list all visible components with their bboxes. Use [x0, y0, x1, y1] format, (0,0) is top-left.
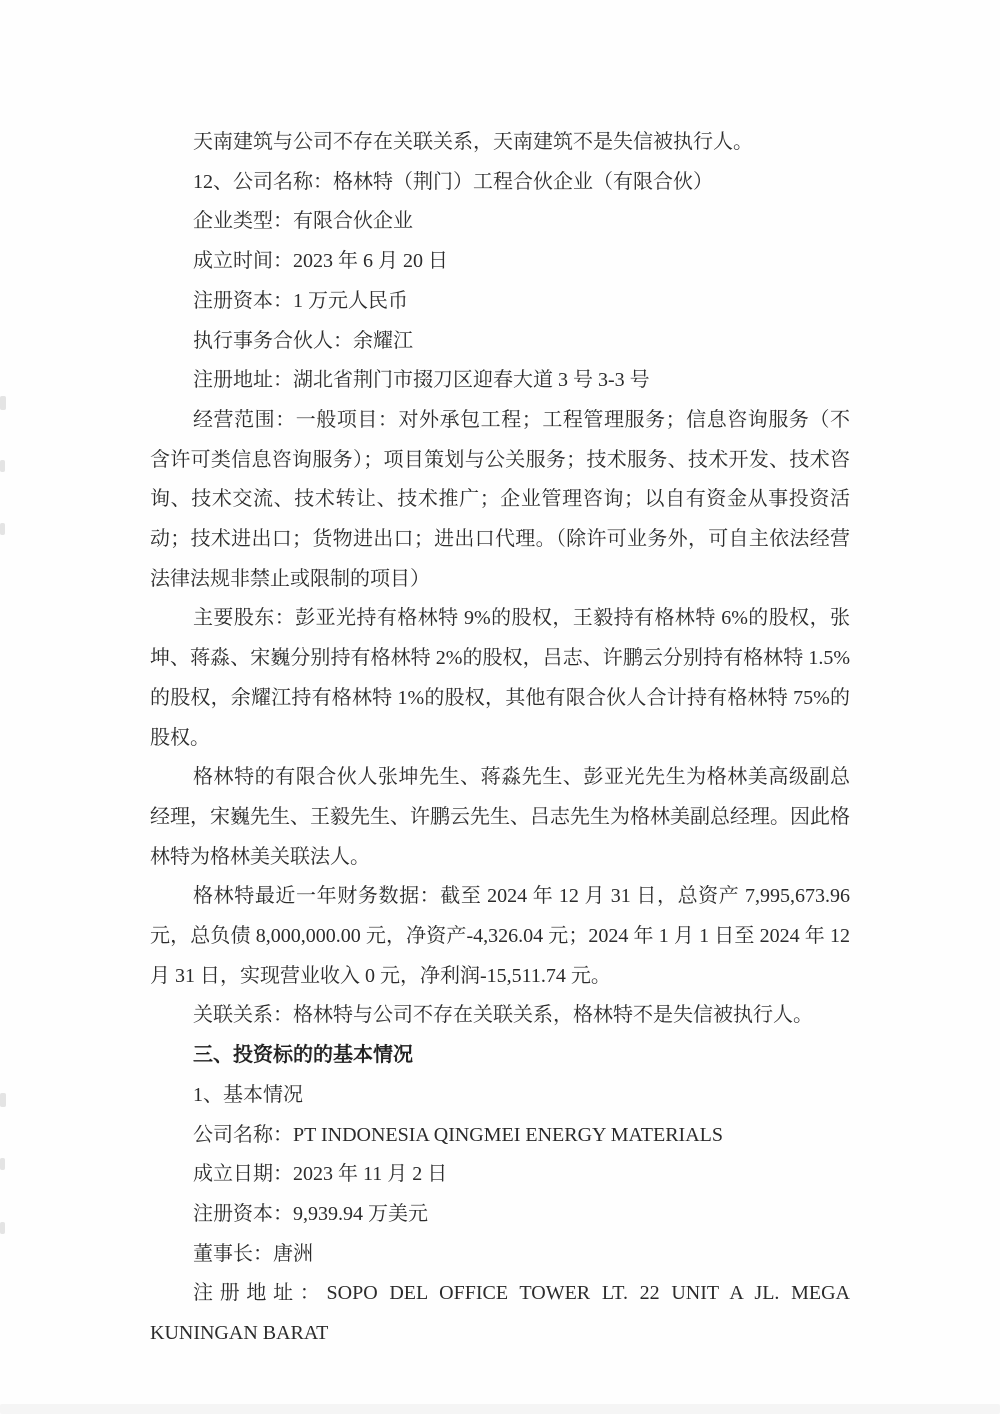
- para-managing-partner: 执行事务合伙人：余耀江: [150, 322, 850, 362]
- para-target-registered-address: 注册地址：SOPO DEL OFFICE TOWER LT. 22 UNIT A…: [150, 1274, 850, 1353]
- document-page: 天南建筑与公司不存在关联关系，天南建筑不是失信被执行人。 12、公司名称：格林特…: [0, 0, 1000, 1414]
- scan-artifact: [0, 1158, 5, 1170]
- para-target-establish-date: 成立日期：2023 年 11 月 2 日: [150, 1155, 850, 1195]
- scan-artifact: [0, 1222, 5, 1234]
- para-basic-info-label: 1、基本情况: [150, 1076, 850, 1116]
- para-target-company-name: 公司名称：PT INDONESIA QINGMEI ENERGY MATERIA…: [150, 1116, 850, 1156]
- scan-artifact: [0, 460, 5, 472]
- para-company-name: 12、公司名称：格林特（荆门）工程合伙企业（有限合伙）: [150, 163, 850, 203]
- section-heading-investment-target: 三、投资标的的基本情况: [150, 1036, 850, 1076]
- scan-artifact: [0, 396, 6, 410]
- scan-artifact: [0, 1093, 6, 1107]
- scan-artifact: [0, 523, 5, 535]
- para-target-registered-capital: 注册资本：9,939.94 万美元: [150, 1195, 850, 1235]
- para-enterprise-type: 企业类型：有限合伙企业: [150, 202, 850, 242]
- para-financial-data: 格林特最近一年财务数据：截至 2024 年 12 月 31 日，总资产 7,99…: [150, 877, 850, 996]
- para-partner-positions: 格林特的有限合伙人张坤先生、蒋淼先生、彭亚光先生为格林美高级副总经理，宋巍先生、…: [150, 758, 850, 877]
- scan-artifact: [0, 1404, 1000, 1414]
- document-body: 天南建筑与公司不存在关联关系，天南建筑不是失信被执行人。 12、公司名称：格林特…: [150, 123, 850, 1354]
- para-registered-capital: 注册资本：1 万元人民币: [150, 282, 850, 322]
- para-business-scope: 经营范围：一般项目：对外承包工程；工程管理服务；信息咨询服务（不含许可类信息咨询…: [150, 401, 850, 600]
- para-tiannan-relation: 天南建筑与公司不存在关联关系，天南建筑不是失信被执行人。: [150, 123, 850, 163]
- para-registered-address: 注册地址：湖北省荆门市掇刀区迎春大道 3 号 3-3 号: [150, 361, 850, 401]
- para-target-chairman: 董事长：唐洲: [150, 1235, 850, 1275]
- para-establish-date: 成立时间：2023 年 6 月 20 日: [150, 242, 850, 282]
- para-affiliation-statement: 关联关系：格林特与公司不存在关联关系，格林特不是失信被执行人。: [150, 996, 850, 1036]
- para-major-shareholders: 主要股东：彭亚光持有格林特 9%的股权，王毅持有格林特 6%的股权，张坤、蒋淼、…: [150, 599, 850, 758]
